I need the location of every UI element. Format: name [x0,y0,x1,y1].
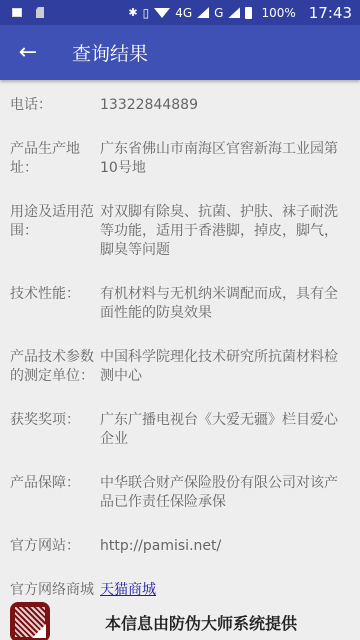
field-value: 有机材料与无机纳米调配而成，具有全面性能的防臭效果 [100,285,350,323]
field-performance: 技术性能： 有机材料与无机纳米调配而成，具有全面性能的防臭效果 [0,285,360,323]
field-website: 官方网站： http://pamisi.net/ [0,537,360,556]
field-label: 电话： [10,96,100,115]
image-icon [12,8,22,17]
field-awards: 获奖奖项： 广东广播电视台《大爱无疆》栏目爱心企业 [0,411,360,449]
field-guarantee: 产品保障： 中华联合财产保险股份有限公司对该产品已作责任保险承保 [0,474,360,512]
back-button[interactable]: ← [0,25,56,80]
field-value: 广东省佛山市南海区官窖新海工业园第10号地 [100,140,350,178]
website-url: http://pamisi.net/ [100,537,350,556]
app-bar: ← 查询结果 [0,25,360,80]
field-label: 技术性能： [10,285,100,323]
sd-card-icon [36,7,44,18]
battery-icon [245,7,252,19]
field-address: 产品生产地址： 广东省佛山市南海区官窖新海工业园第10号地 [0,140,360,178]
page-title: 查询结果 [72,39,148,66]
field-label: 官方网站： [10,537,100,556]
field-usage: 用途及适用范围： 对双脚有除臭、抗菌、护肤、袜子耐洗等功能，适用于香港脚，掉皮，… [0,203,360,260]
app-logo-icon [10,602,50,640]
field-value: 13322844889 [100,96,350,115]
field-value: 广东广播电视台《大爱无疆》栏目爱心企业 [100,411,350,449]
signal-icon [197,7,209,18]
battery-percent: 100% [261,6,295,20]
field-phone: 电话： 13322844889 [0,96,360,115]
field-label: 获奖奖项： [10,411,100,449]
field-value: 对双脚有除臭、抗菌、护肤、袜子耐洗等功能，适用于香港脚，掉皮，脚气，脚臭等问题 [100,203,350,260]
field-label: 产品生产地址： [10,140,100,178]
status-bar: ✱ ▯ 4G G 100% 17:43 [0,0,360,25]
clock: 17:43 [309,4,352,22]
field-label: 产品技术参数的测定单位： [10,348,100,386]
field-value: 中国科学院理化技术研究所抗菌材料检测中心 [100,348,350,386]
bluetooth-icon: ✱ [128,6,137,19]
field-label: 官方网络商城 [10,581,100,600]
vibrate-icon: ▯ [143,6,150,20]
field-value: 中华联合财产保险股份有限公司对该产品已作责任保险承保 [100,474,350,512]
arrow-left-icon: ← [19,40,37,65]
field-testing-unit: 产品技术参数的测定单位： 中国科学院理化技术研究所抗菌材料检测中心 [0,348,360,386]
field-label: 用途及适用范围： [10,203,100,260]
field-label: 产品保障： [10,474,100,512]
online-store-link[interactable]: 天猫商城 [100,582,156,598]
field-online-store: 官方网络商城 天猫商城 [0,581,360,600]
signal-icon-2 [228,7,240,18]
wifi-icon [154,8,170,18]
network-type-2: G [214,6,223,20]
result-details: 电话： 13322844889 产品生产地址： 广东省佛山市南海区官窖新海工业园… [0,96,360,625]
footer-text: 本信息由防伪大师系统提供 [105,611,297,634]
footer: 本信息由防伪大师系统提供 [10,602,350,640]
network-type-1: 4G [175,6,192,20]
